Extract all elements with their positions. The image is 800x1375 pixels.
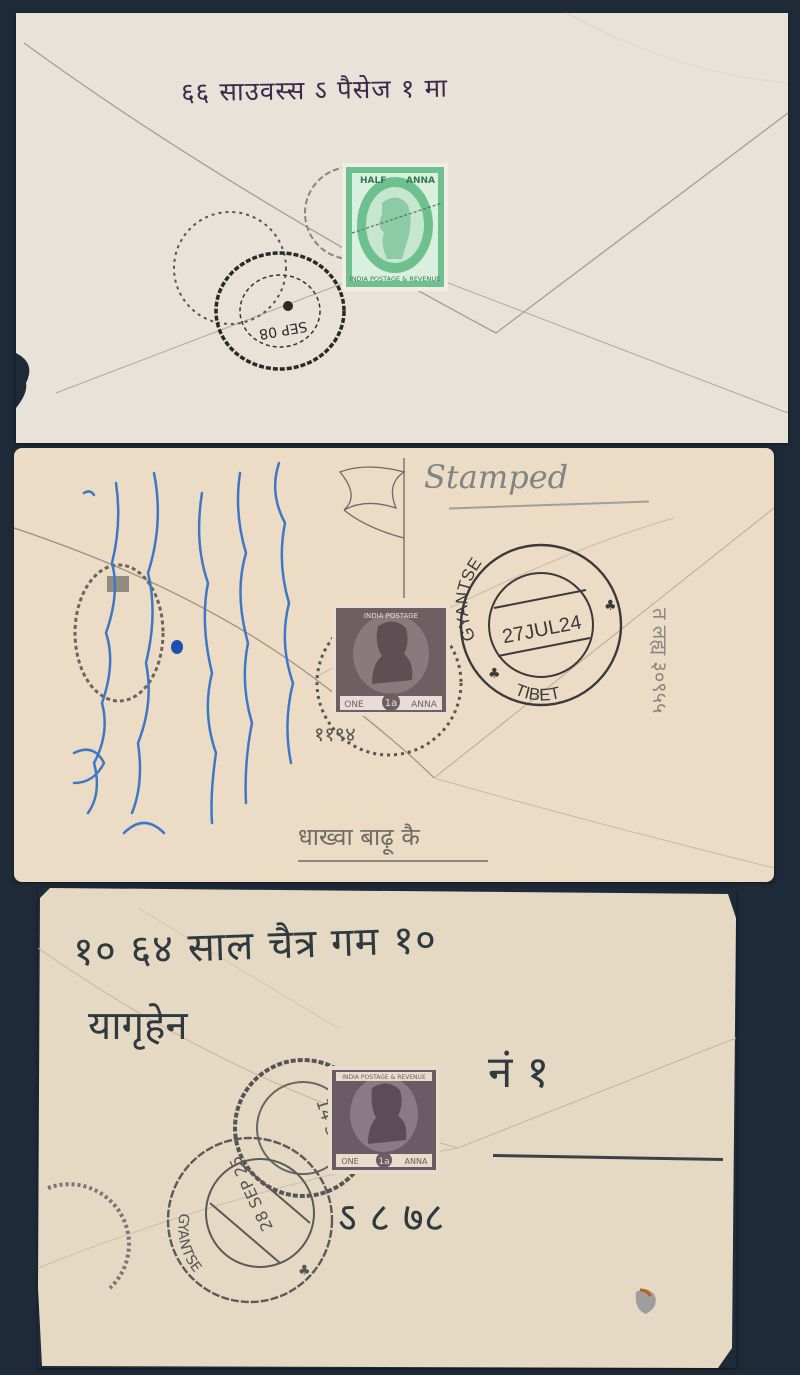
stamp-half-anna: HALF ANNA INDIA POSTAGE & REVENUE [342, 163, 448, 291]
blue-handwriting [64, 453, 324, 873]
bottom-underline [298, 860, 488, 862]
envelope-cover-1: ६६ साउवस्स ऽ पैसेज १ मा SEP 08 HALF ANNA… [16, 13, 788, 443]
handwriting-line-2: यागृहेन [88, 996, 188, 1051]
stamp-bottom-left: ONE [344, 700, 364, 710]
postmark-partial-left [38, 1178, 118, 1308]
handwriting-side: त लह्य ३०९५५ [647, 608, 674, 713]
svg-text:♣: ♣ [488, 666, 501, 682]
stamp-one-anna: INDIA POSTAGE & REVENUE ONE 1a ANNA [328, 1066, 440, 1174]
stamp-value: 1a [385, 698, 398, 709]
stamp-top-text: INDIA POSTAGE & REVENUE [342, 1074, 426, 1081]
stamp-bottom-right: ANNA [405, 1157, 428, 1166]
flag-sketch [336, 458, 416, 598]
svg-text:GYANTSE: GYANTSE [174, 1212, 204, 1275]
numeral-note: ११९४ [314, 720, 356, 747]
stamp-one-anna: INDIA POSTAGE ONE 1a ANNA [332, 604, 450, 716]
svg-text:ANNA: ANNA [406, 176, 435, 186]
svg-text:SEP 08: SEP 08 [258, 318, 308, 342]
svg-text:HALF: HALF [360, 176, 386, 186]
envelope-cover-2: Stamped GYANTSE TIBET 27JUL24 ♣ ♣ [14, 448, 774, 882]
handwriting-bottom: धाख्वा बाढ़ू कै [298, 820, 420, 853]
svg-text:INDIA POSTAGE & REVENUE: INDIA POSTAGE & REVENUE [350, 275, 440, 283]
handwriting-top: ६६ साउवस्स ऽ पैसेज १ मा [181, 69, 449, 110]
postmark-gyantse-tibet: GYANTSE TIBET 27JUL24 ♣ ♣ [454, 538, 628, 712]
svg-text:INDIA POSTAGE: INDIA POSTAGE [364, 612, 418, 620]
svg-text:♣: ♣ [298, 1263, 311, 1279]
stamp-bottom-right: ANNA [411, 700, 438, 710]
stamp-bottom-left: ONE [341, 1157, 358, 1166]
handwriting-right: नं १ [488, 1040, 549, 1100]
envelope-cover-3: १० ६४ साल चैत्र गम १० यागृहेन नं १ ऽ ८ ७… [38, 888, 736, 1368]
postmark-date: 27JUL24 [501, 611, 584, 648]
postmark-gyantse-sep: 28 SEP 25 GYANTSE ♣ [160, 1133, 340, 1308]
postmark-gyantse: SEP 08 [168, 206, 348, 376]
svg-text:♣: ♣ [604, 598, 617, 614]
postmark-ring-text: GYANTSE [174, 1212, 204, 1275]
stamp-value: 1a [378, 1157, 389, 1167]
annotation-stamped: Stamped [424, 458, 568, 496]
